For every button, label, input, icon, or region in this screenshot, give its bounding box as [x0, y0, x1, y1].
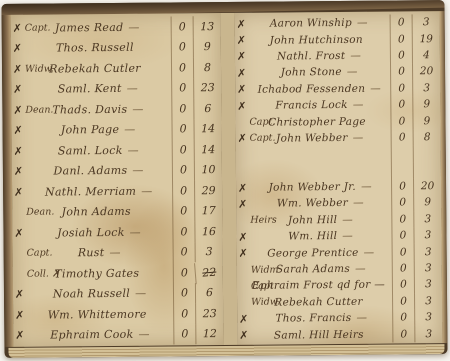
ledger-entry-row: ✗Dean.Thads. Davis—06 [11, 98, 221, 120]
ledger-entry-row: ✗Josiah Lock—016 [12, 221, 222, 243]
ledger-entry-row: Capt.Rust—03 [13, 242, 223, 264]
entry-mark-icon: ✗ [12, 185, 25, 198]
entry-mark-icon: ✗ [235, 50, 248, 63]
entry-name-area: John Stone— [248, 66, 390, 79]
entry-value-col-1: 0 [173, 303, 195, 324]
entry-dash: — [342, 230, 353, 242]
entry-name: John Page [61, 123, 120, 137]
entry-name-area: Danl. Adams— [25, 164, 172, 178]
entry-mark-icon: ✗ [235, 67, 248, 80]
entry-dash: — [127, 82, 138, 95]
ledger-entry-row: ✗Aaron Winship—03 [235, 14, 440, 32]
entry-name-area: Thos. Francis— [250, 312, 392, 325]
ledger-entry-row: ✗John Stone—020 [235, 63, 440, 81]
ledger-entry-row: ✗Saml. Kent—023 [11, 78, 221, 100]
entry-dash: — [350, 50, 361, 62]
ledger-entry-row: Dean.John Adams017 [12, 201, 222, 223]
entry-mark-icon: ✗ [11, 42, 24, 55]
entry-value-col-2: 22 [194, 261, 224, 284]
entry-value-col-2: 3 [414, 326, 442, 343]
entry-value-col-1: 0 [391, 227, 413, 244]
ledger-entry-row: ✗John Page—014 [11, 119, 221, 141]
entry-name: Timothy Gates [54, 266, 139, 280]
ledger-entry-row: ✗Noah Russell—06 [13, 283, 223, 305]
entry-value-col-1: 0 [172, 160, 194, 181]
entry-name: Christopher Page [268, 115, 366, 128]
entry-name-area: Widm.Sarah Adams— [250, 263, 392, 276]
entry-name-area: Dean.Thads. Davis— [24, 102, 171, 116]
entry-dash: — [356, 312, 367, 324]
entry-name-area: Nathl. Merriam— [25, 184, 172, 198]
entry-name-area: Coll. ✗Timothy Gates [26, 266, 173, 280]
ledger-entry-row: HeirsJohn Hill—03 [236, 211, 441, 229]
ledger-entry-row: ✗Wm. Whittemore023 [13, 303, 223, 325]
entry-name: Thos. Francis [275, 312, 351, 325]
entry-value-col-2: 12 [195, 324, 223, 345]
entry-dash: — [364, 246, 375, 258]
entry-name-area: Wm. Whittemore [26, 307, 173, 321]
entry-value-col-1: 0 [390, 80, 412, 97]
entry-value-col-1: 0 [392, 309, 414, 326]
entry-name: Thos. Russell [56, 41, 134, 55]
entry-name-area: Nathl. Frost— [248, 50, 390, 63]
entry-value-col-1: 0 [392, 260, 414, 277]
entry-title-prefix: Capt. [25, 22, 51, 33]
entry-value-col-1: 0 [391, 178, 413, 195]
ledger-entry-row: ✗Widw.Rebekah Cutler08 [11, 57, 221, 79]
entry-dash: — [132, 164, 143, 177]
entry-name: Nathl. Frost [277, 50, 345, 63]
entry-value-col-1: 0 [390, 96, 412, 113]
entry-name: Rebekah Cutter [274, 296, 363, 309]
entry-mark-icon: ✗ [12, 144, 25, 157]
entry-name: Francis Lock [275, 99, 348, 112]
entry-dash: — [347, 66, 358, 78]
entry-title-prefix: Capt. [251, 280, 277, 291]
ledger-right-page: ✗Aaron Winship—03✗John Hutchinson019✗Nat… [235, 11, 443, 345]
entry-value-col-2: 19 [412, 31, 440, 48]
entry-value-col-1: 0 [390, 113, 412, 130]
entry-value-col-2 [413, 162, 441, 179]
entry-value-col-2: 20 [412, 63, 440, 80]
entry-name: Rebekah Cutler [49, 61, 141, 75]
entry-name-area: HeirsJohn Hill— [249, 213, 391, 226]
entry-value-col-2: 3 [412, 14, 440, 31]
entry-value-col-1: 0 [390, 14, 412, 31]
entry-value-col-1: 0 [172, 139, 194, 160]
ledger-entry-row: ✗George Prentice—03 [237, 244, 442, 262]
entry-value-col-2: 10 [194, 160, 222, 181]
entry-name-area: Widw.Rebekah Cutter [250, 295, 392, 308]
ledger-entry-row: ✗Ephraim Cook—012 [13, 324, 223, 346]
entry-name-area: John Hutchinson [248, 33, 390, 46]
ledger-spread: ✗Capt.James Read—013✗Thos. Russell09✗Wid… [2, 11, 448, 347]
entry-value-col-1: 0 [172, 201, 194, 222]
entry-value-col-1: 0 [172, 221, 194, 242]
entry-name-area: Ichabod Fessenden— [248, 82, 390, 95]
ledger-entry-row: ✗Capt.James Read—013 [11, 16, 221, 38]
entry-dash: — [138, 328, 149, 341]
entry-name-area: Aaron Winship— [248, 17, 390, 30]
entry-value-col-2: 8 [413, 129, 441, 146]
entry-value-col-1: 0 [391, 211, 413, 228]
entry-mark-icon: ✗ [11, 103, 24, 116]
entry-name-area: Dean.John Adams [25, 205, 172, 219]
ledger-entry-row: ✗Thos. Francis—03 [237, 309, 442, 327]
entry-value-col-1: 0 [392, 244, 414, 261]
entry-mark-icon: ✗ [237, 247, 250, 260]
ledger-entry-row: ✗Saml. Hill Heirs03 [237, 326, 442, 344]
entry-value-col-2: 9 [412, 112, 440, 129]
entry-mark-icon: ✗ [11, 62, 24, 75]
entry-mark-icon: ✗ [12, 165, 25, 178]
ledger-entry-row [236, 145, 441, 163]
entry-name: James Read [55, 21, 124, 35]
entry-mark-icon: ✗ [237, 329, 250, 342]
entry-value-col-2: 9 [412, 96, 440, 113]
entry-value-col-2: 16 [194, 221, 222, 242]
entry-value-col-1: 0 [172, 180, 194, 201]
entry-name-area: Capt.Rust— [26, 246, 173, 260]
ledger-entry-row: ✗Capt.John Webber—08 [236, 129, 441, 147]
entry-name: Sarah Adams [276, 263, 350, 276]
entry-value-col-2: 17 [194, 201, 222, 222]
entry-title-prefix: Heirs [250, 215, 276, 226]
entry-value-col-2: 29 [194, 180, 222, 201]
entry-name-area: Noah Russell— [26, 287, 173, 301]
entry-dash: — [130, 225, 141, 238]
entry-value-col-1: 0 [171, 98, 193, 119]
entry-title-prefix: Coll. ✗ [27, 268, 60, 279]
entry-value-col-2: 6 [195, 283, 223, 304]
entry-value-col-1: 0 [392, 277, 414, 294]
entry-value-col-2: 4 [412, 47, 440, 64]
entry-dash: — [109, 246, 120, 259]
entry-name: Saml. Hill Heirs [274, 328, 364, 341]
entry-dash: — [357, 17, 368, 29]
entry-mark-icon: ✗ [13, 288, 26, 301]
entry-name-area: George Prentice— [250, 246, 392, 259]
entry-title-prefix: Dean. [26, 207, 54, 218]
entry-name-area: Capt.John Webber— [249, 131, 391, 144]
entry-dash: — [370, 82, 381, 94]
entry-value-col-1: 0 [171, 78, 193, 99]
entry-value-col-1: 0 [390, 31, 412, 48]
entry-dash: — [353, 132, 364, 144]
ledger-entry-row: ✗John Hutchinson019 [235, 31, 440, 49]
entry-value-col-1: 0 [173, 242, 195, 263]
entry-value-col-1: 0 [392, 326, 414, 343]
entry-value-col-1: 0 [173, 262, 195, 283]
entry-name: Josiah Lock [57, 226, 125, 240]
entry-name: Nathl. Merriam [45, 185, 136, 199]
entry-name-area: Francis Lock— [248, 99, 390, 112]
entry-mark-icon: ✗ [236, 231, 249, 244]
entry-value-col-2: 23 [195, 303, 223, 324]
entry-value-col-1: 0 [390, 64, 412, 81]
entry-name-area: Saml. Kent— [24, 82, 171, 96]
entry-name-area: John Page— [25, 123, 172, 137]
entry-value-col-2: 14 [193, 119, 221, 140]
entry-value-col-1: 0 [171, 37, 193, 58]
entry-dash: — [128, 20, 139, 33]
entry-value-col-2: 6 [193, 98, 221, 119]
ledger-entry-row: ✗Ichabod Fessenden—03 [235, 80, 440, 98]
entry-value-col-2 [413, 145, 441, 162]
entry-name-area: Capt.Christopher Page [248, 115, 390, 128]
entry-title-prefix: Widw. [25, 63, 54, 74]
entry-mark-icon: ✗ [235, 17, 248, 30]
entry-name: Danl. Adams [53, 164, 127, 178]
entry-name-area: Wm. Hill— [249, 230, 391, 243]
entry-name-area [249, 170, 391, 171]
entry-value-col-2: 3 [414, 244, 442, 261]
entry-value-col-1: 0 [391, 129, 413, 146]
entry-mark-icon: ✗ [235, 83, 248, 96]
entry-dash: — [353, 99, 364, 111]
entry-dash: — [141, 184, 152, 197]
entry-value-col-2: 20 [413, 178, 441, 195]
entry-title-prefix: Widw. [251, 297, 280, 308]
entry-value-col-1: 0 [171, 119, 193, 140]
entry-name: Saml. Lock [58, 144, 123, 158]
ledger-entry-row: ✗Saml. Lock—014 [12, 139, 222, 161]
entry-name: Ephraim Cook [50, 328, 133, 342]
entry-value-col-1 [391, 162, 413, 179]
entry-name: John Hutchinson [270, 33, 363, 46]
entry-name: Wm. Whittemore [48, 307, 147, 321]
entry-value-col-2: 8 [193, 57, 221, 78]
entry-dash: — [353, 197, 364, 209]
entry-dash: — [128, 143, 139, 156]
entry-name: John Webber [276, 132, 348, 145]
entry-value-col-1: 0 [171, 57, 193, 78]
entry-dash: — [355, 263, 366, 275]
ledger-entry-row: ✗Wm. Webber—09 [236, 194, 441, 212]
entry-value-col-2: 3 [414, 309, 442, 326]
entry-title-prefix: Dean. [25, 104, 53, 115]
entry-mark-icon: ✗ [235, 34, 248, 47]
entry-name-area: Josiah Lock— [25, 225, 172, 239]
entry-title-prefix: Capt. [250, 133, 276, 144]
entry-value-col-2: 3 [413, 211, 441, 228]
entry-mark-icon: ✗ [236, 181, 249, 194]
entry-value-col-2: 3 [414, 276, 442, 293]
ledger-book: ✗Capt.James Read—013✗Thos. Russell09✗Wid… [1, 0, 447, 358]
ledger-entry-row: ✗Thos. Russell09 [11, 37, 221, 59]
entry-value-col-1: 0 [173, 283, 195, 304]
entry-name: Rust [78, 246, 105, 259]
entry-name-area: Widw.Rebekah Cutler [24, 61, 171, 75]
ledger-left-page: ✗Capt.James Read—013✗Thos. Russell09✗Wid… [11, 13, 224, 347]
entry-dash: — [342, 214, 353, 226]
entry-value-col-1: 0 [392, 293, 414, 310]
entry-name: Noah Russell [53, 287, 130, 301]
entry-value-col-1: 0 [390, 47, 412, 64]
entry-value-col-2: 14 [194, 139, 222, 160]
entry-name: Wm. Hill [288, 230, 337, 242]
entry-value-col-2: 9 [413, 194, 441, 211]
entry-name: Aaron Winship [270, 17, 352, 30]
entry-value-col-2: 9 [193, 37, 221, 58]
entry-name: John Adams [62, 205, 131, 219]
entry-dash: — [132, 102, 143, 115]
entry-dash: — [135, 287, 146, 300]
ledger-entry-row [236, 162, 441, 180]
ledger-entry-row: ✗Nathl. Frost—04 [235, 47, 440, 65]
ledger-entry-row: Capt.Christopher Page09 [235, 112, 440, 130]
entry-mark-icon: ✗ [12, 226, 25, 239]
entry-name: Ichabod Fessenden [258, 83, 366, 96]
entry-mark-icon: ✗ [237, 312, 250, 325]
entry-name: Saml. Kent [58, 82, 122, 96]
entry-name: John Hill [288, 214, 337, 226]
entry-dash: — [124, 123, 135, 136]
entry-mark-icon: ✗ [236, 132, 249, 145]
entry-mark-icon: ✗ [235, 99, 248, 112]
entry-name-area: Wm. Webber— [249, 197, 391, 210]
entry-name-area: Ephraim Cook— [26, 328, 173, 342]
entry-value-col-2: 3 [412, 80, 440, 97]
entry-value-col-1 [391, 145, 413, 162]
entry-name-area: Capt.James Read— [24, 20, 171, 34]
ledger-entry-row: ✗Francis Lock—09 [235, 96, 440, 114]
ledger-entry-row: Coll. ✗Timothy Gates022 [13, 262, 223, 284]
entry-mark-icon: ✗ [13, 329, 26, 342]
entry-mark-icon: ✗ [13, 308, 26, 321]
entry-mark-icon: ✗ [236, 198, 249, 211]
entry-title-prefix: Capt. [27, 248, 53, 259]
entry-value-col-2: 3 [414, 293, 442, 310]
ledger-entry-row: ✗Nathl. Merriam—029 [12, 180, 222, 202]
entry-value-col-2: 3 [414, 260, 442, 277]
entry-name: John Stone [281, 66, 342, 79]
ledger-entry-row: ✗Danl. Adams—010 [12, 160, 222, 182]
entry-value-col-2: 13 [193, 16, 221, 37]
entry-mark-icon: ✗ [11, 83, 24, 96]
ledger-entry-row: Capt.Ephraim Frost qd for —03 [237, 276, 442, 294]
entry-name-area: John Webber Jr.— [249, 181, 391, 194]
entry-mark-icon: ✗ [11, 21, 24, 34]
entry-name-area: Saml. Hill Heirs [250, 328, 392, 341]
entry-value-col-1: 0 [173, 324, 195, 345]
entry-title-prefix: Widm. [251, 264, 282, 275]
entry-value-col-2: 23 [193, 78, 221, 99]
entry-value-col-1: 0 [171, 16, 193, 37]
ledger-entry-row: ✗Wm. Hill—03 [236, 227, 441, 245]
entry-value-col-1: 0 [391, 195, 413, 212]
entry-name-area: Thos. Russell [24, 41, 171, 55]
entry-name: John Webber Jr. [269, 181, 357, 194]
entry-value-col-2: 3 [195, 242, 223, 263]
ledger-entry-row: Widw.Rebekah Cutter03 [237, 293, 442, 311]
ledger-entry-row: ✗John Webber Jr.—020 [236, 178, 441, 196]
entry-dash: — [361, 181, 372, 193]
entry-name-area: Capt.Ephraim Frost qd for — [250, 279, 392, 292]
entry-name: Thads. Davis [52, 103, 127, 117]
entry-title-prefix: Capt. [249, 117, 275, 128]
entry-name: George Prentice [267, 246, 359, 259]
entry-name: Wm. Webber [277, 197, 348, 210]
ledger-entry-row: Widm.Sarah Adams—03 [237, 260, 442, 278]
entry-name-area: Saml. Lock— [25, 143, 172, 157]
entry-value-col-2: 3 [413, 227, 441, 244]
entry-mark-icon: ✗ [12, 124, 25, 137]
entry-name-area [249, 154, 391, 155]
